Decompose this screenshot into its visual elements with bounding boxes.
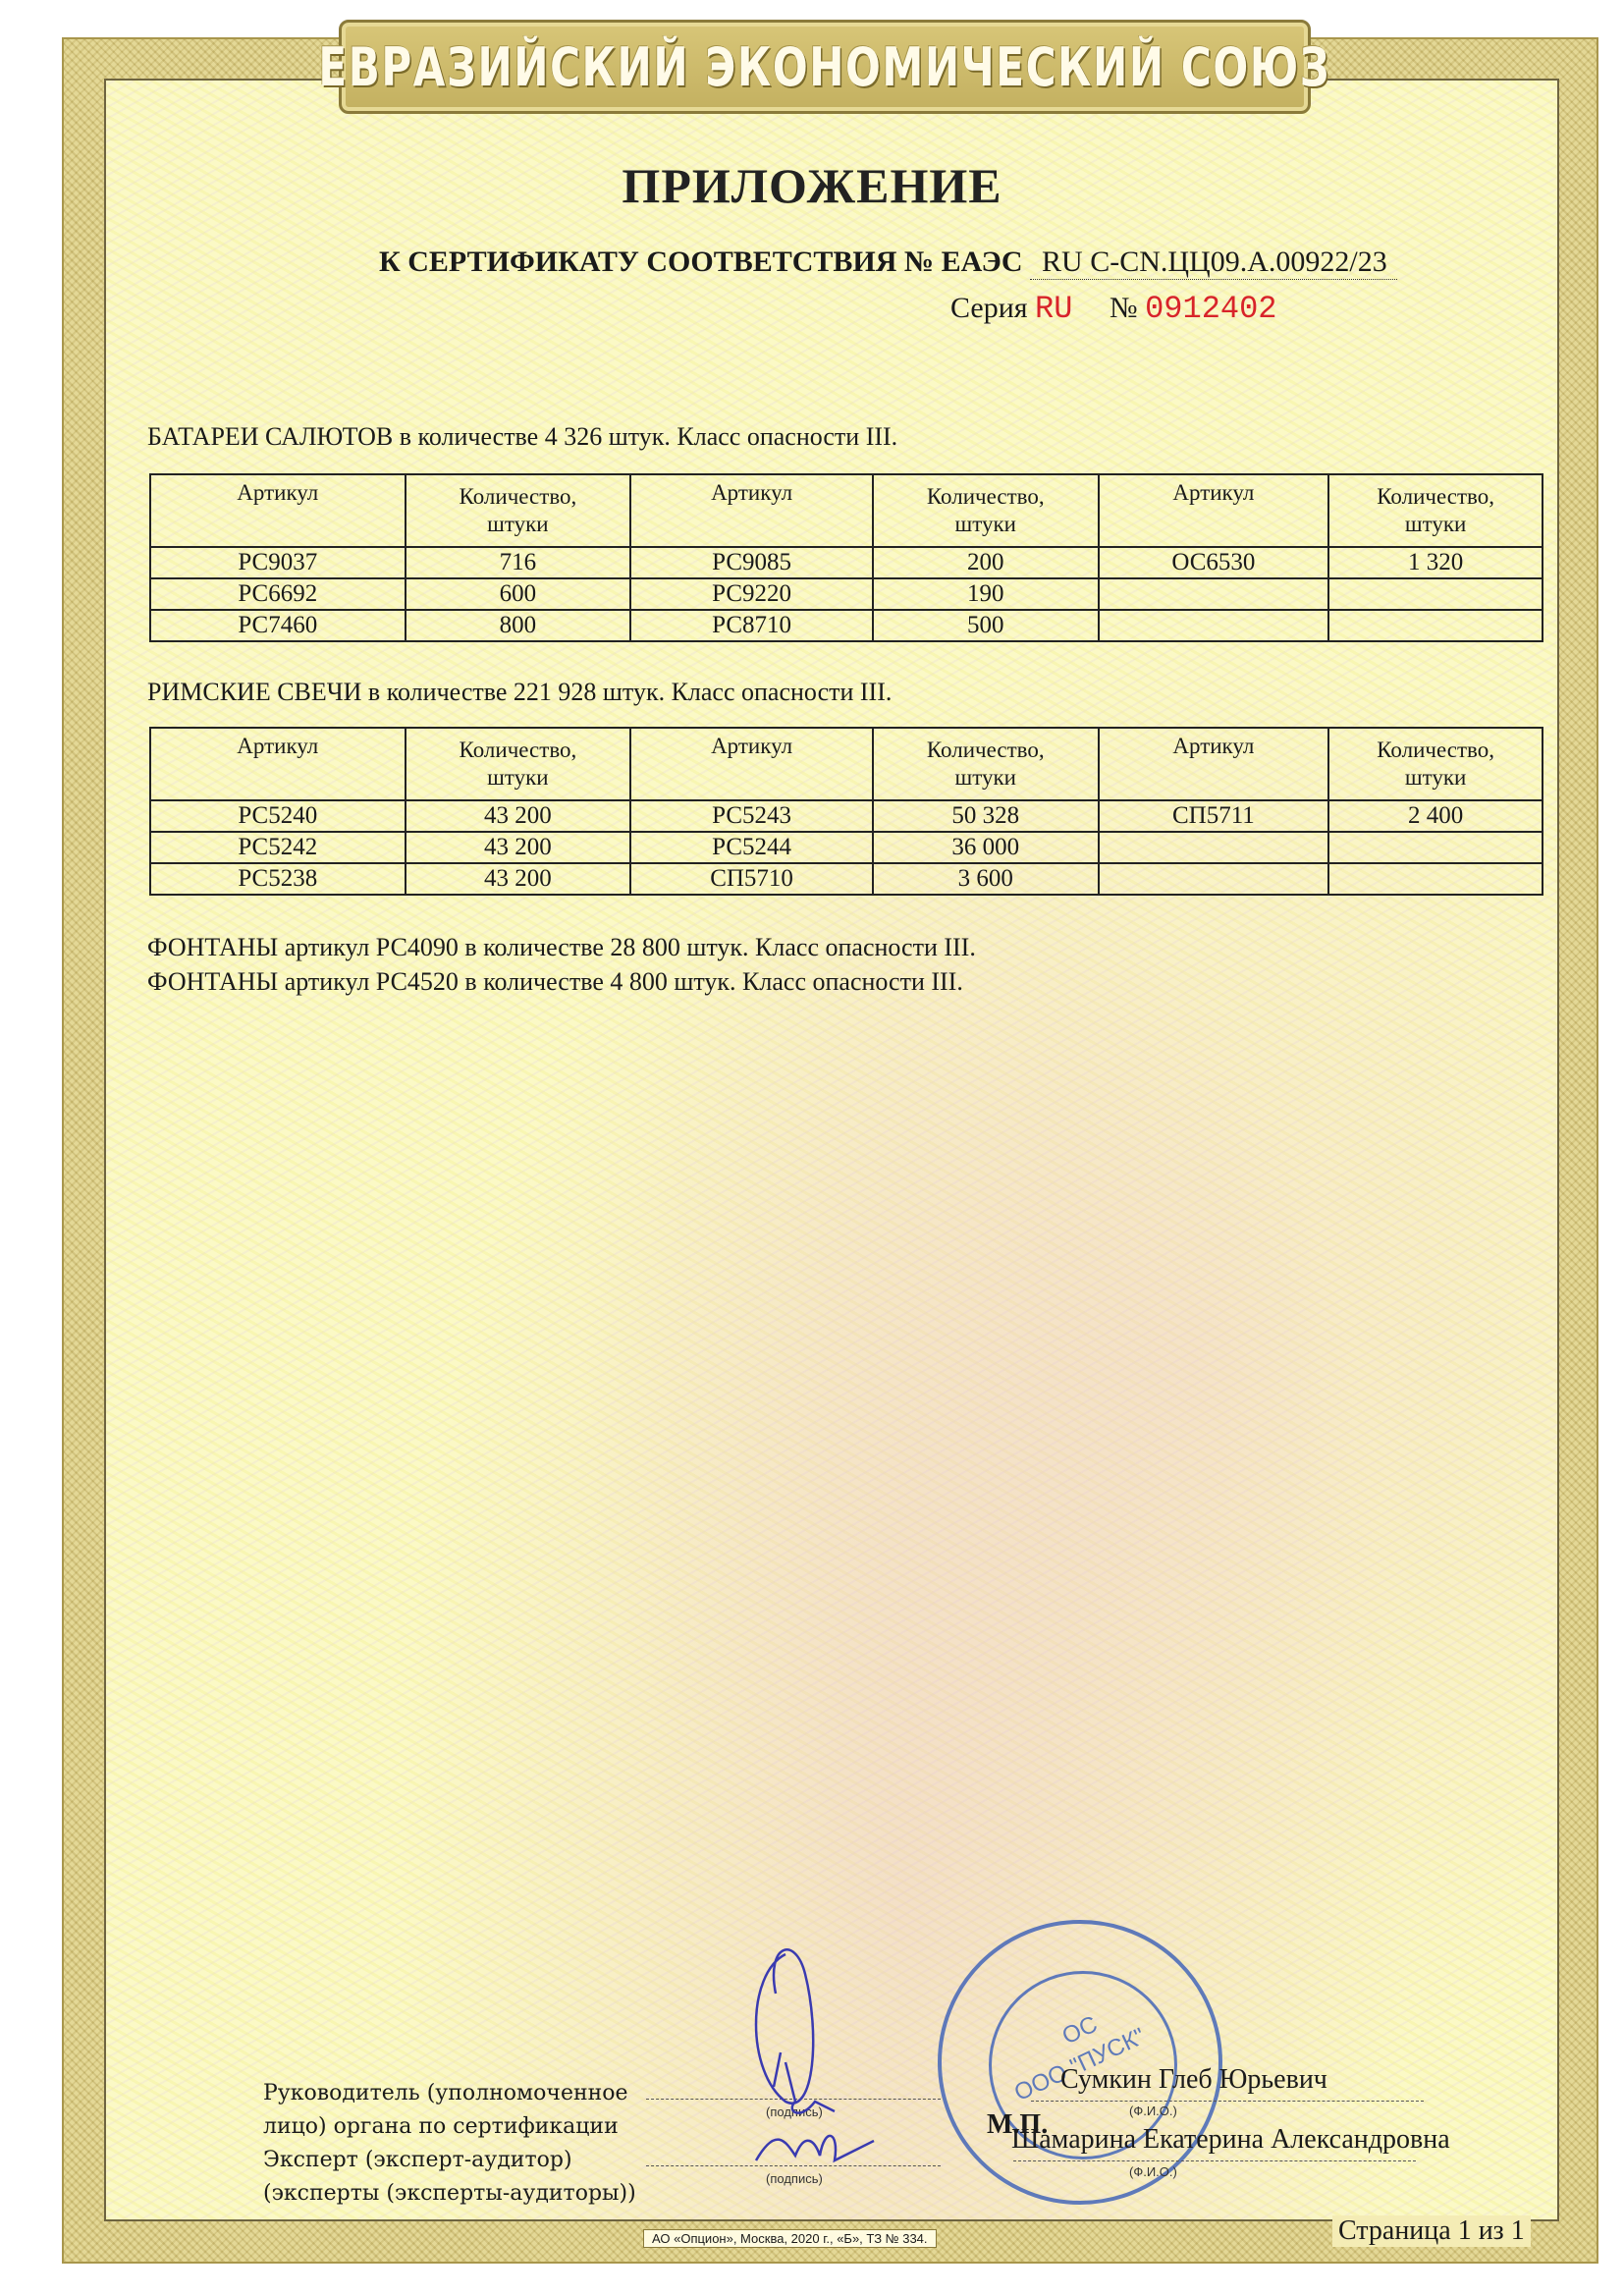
cell: 190 (873, 578, 1099, 610)
expert-label-line1: Эксперт (эксперт-аудитор) (263, 2144, 636, 2177)
expert-fio-caption: (Ф.И.О.) (1129, 2164, 1177, 2179)
column-header: Количество,штуки (873, 728, 1099, 800)
cell: 3 600 (873, 863, 1099, 895)
cell: 800 (406, 610, 631, 641)
table-row: РС524243 200РС524436 000 (150, 832, 1543, 863)
table-row: РС9037716РС9085200ОС65301 320 (150, 547, 1543, 578)
certificate-line: К СЕРТИФИКАТУ СООТВЕТСТВИЯ № ЕАЭС RU C-C… (379, 246, 1397, 280)
cell: 43 200 (406, 800, 631, 832)
column-header: Артикул (150, 474, 406, 547)
cell: РС7460 (150, 610, 406, 641)
expert-name: Шамарина Екатерина Александровна (1011, 2124, 1450, 2156)
cell: РС9220 (630, 578, 873, 610)
column-header: Артикул (1099, 474, 1329, 547)
document-paper (104, 79, 1559, 2221)
document-title: ПРИЛОЖЕНИЕ (0, 157, 1624, 214)
cell: РС9037 (150, 547, 406, 578)
cell: СП5710 (630, 863, 873, 895)
column-header: Количество,штуки (1328, 728, 1543, 800)
organization-stamp: ОС ООО "ПУСК" (938, 1920, 1222, 2205)
certificate-label: К СЕРТИФИКАТУ СООТВЕТСТВИЯ № ЕАЭС (379, 246, 1023, 278)
column-header: Артикул (1099, 728, 1329, 800)
cell: 43 200 (406, 832, 631, 863)
expert-name-line (1013, 2160, 1416, 2161)
cell (1099, 578, 1329, 610)
column-header: Артикул (150, 728, 406, 800)
cell (1099, 610, 1329, 641)
table-header-row: Артикул Количество,штуки Артикул Количес… (150, 728, 1543, 800)
column-header: Количество,штуки (1328, 474, 1543, 547)
cell: 2 400 (1328, 800, 1543, 832)
cell: РС9085 (630, 547, 873, 578)
cell: 716 (406, 547, 631, 578)
cell: СП5711 (1099, 800, 1329, 832)
cell: РС5242 (150, 832, 406, 863)
head-fio-caption: (Ф.И.О.) (1129, 2104, 1177, 2118)
fountain-line-1: ФОНТАНЫ артикул РС4090 в количестве 28 8… (147, 933, 976, 962)
cell: 600 (406, 578, 631, 610)
cell (1328, 578, 1543, 610)
head-label-line2: лицо) органа по сертификации (263, 2110, 628, 2144)
head-name: Сумкин Глеб Юрьевич (1060, 2064, 1327, 2096)
cell: 500 (873, 610, 1099, 641)
cell (1328, 610, 1543, 641)
cell: 200 (873, 547, 1099, 578)
head-label-line1: Руководитель (уполномоченное (263, 2077, 628, 2110)
cell: РС6692 (150, 578, 406, 610)
cell: 36 000 (873, 832, 1099, 863)
head-name-line (1031, 2101, 1424, 2102)
cell: ОС6530 (1099, 547, 1329, 578)
roman-candles-table: Артикул Количество,штуки Артикул Количес… (149, 727, 1543, 896)
table-row: РС524043 200РС524350 328СП57112 400 (150, 800, 1543, 832)
column-header: Количество,штуки (406, 474, 631, 547)
cell: 50 328 (873, 800, 1099, 832)
cell: РС5240 (150, 800, 406, 832)
column-header: Артикул (630, 474, 873, 547)
section-heading-roman-candles: РИМСКИЕ СВЕЧИ в количестве 221 928 штук.… (147, 678, 892, 707)
table-row: РС523843 200СП57103 600 (150, 863, 1543, 895)
column-header: Количество,штуки (873, 474, 1099, 547)
table-row: РС7460800РС8710500 (150, 610, 1543, 641)
cell: РС5238 (150, 863, 406, 895)
series-line: Серия RU № 0912402 (950, 291, 1277, 327)
expert-label-line2: (эксперты (эксперты-аудиторы)) (263, 2177, 636, 2211)
batteries-table: Артикул Количество,штуки Артикул Количес… (149, 473, 1543, 642)
cell (1099, 832, 1329, 863)
column-header: Количество,штуки (406, 728, 631, 800)
cell: 43 200 (406, 863, 631, 895)
series-label: Серия (950, 292, 1028, 324)
blank-number: 0912402 (1145, 291, 1276, 327)
cell: РС5243 (630, 800, 873, 832)
cell: РС5244 (630, 832, 873, 863)
certificate-number: RU C-CN.ЦЦ09.А.00922/23 (1030, 246, 1397, 280)
printer-imprint: АО «Опцион», Москва, 2020 г., «Б», ТЗ № … (643, 2229, 937, 2248)
table-header-row: Артикул Количество,штуки Артикул Количес… (150, 474, 1543, 547)
cell: РС8710 (630, 610, 873, 641)
page-number: Страница 1 из 1 (1332, 2215, 1531, 2247)
cell (1328, 832, 1543, 863)
cell (1099, 863, 1329, 895)
expert-label: Эксперт (эксперт-аудитор) (эксперты (экс… (263, 2144, 636, 2211)
series-value: RU (1035, 291, 1072, 327)
table-row: РС6692600РС9220190 (150, 578, 1543, 610)
number-label: № (1110, 292, 1138, 324)
section-heading-batteries: БАТАРЕИ САЛЮТОВ в количестве 4 326 штук.… (147, 422, 897, 452)
head-label: Руководитель (уполномоченное лицо) орган… (263, 2077, 628, 2144)
fountain-line-2: ФОНТАНЫ артикул РС4520 в количестве 4 80… (147, 967, 963, 997)
banner-text: ЕВРАЗИЙСКИЙ ЭКОНОМИЧЕСКИЙ СОЮЗ (319, 36, 1331, 98)
cell: 1 320 (1328, 547, 1543, 578)
signature-icon (727, 1915, 943, 2190)
union-banner: ЕВРАЗИЙСКИЙ ЭКОНОМИЧЕСКИЙ СОЮЗ (339, 20, 1311, 114)
column-header: Артикул (630, 728, 873, 800)
cell (1328, 863, 1543, 895)
